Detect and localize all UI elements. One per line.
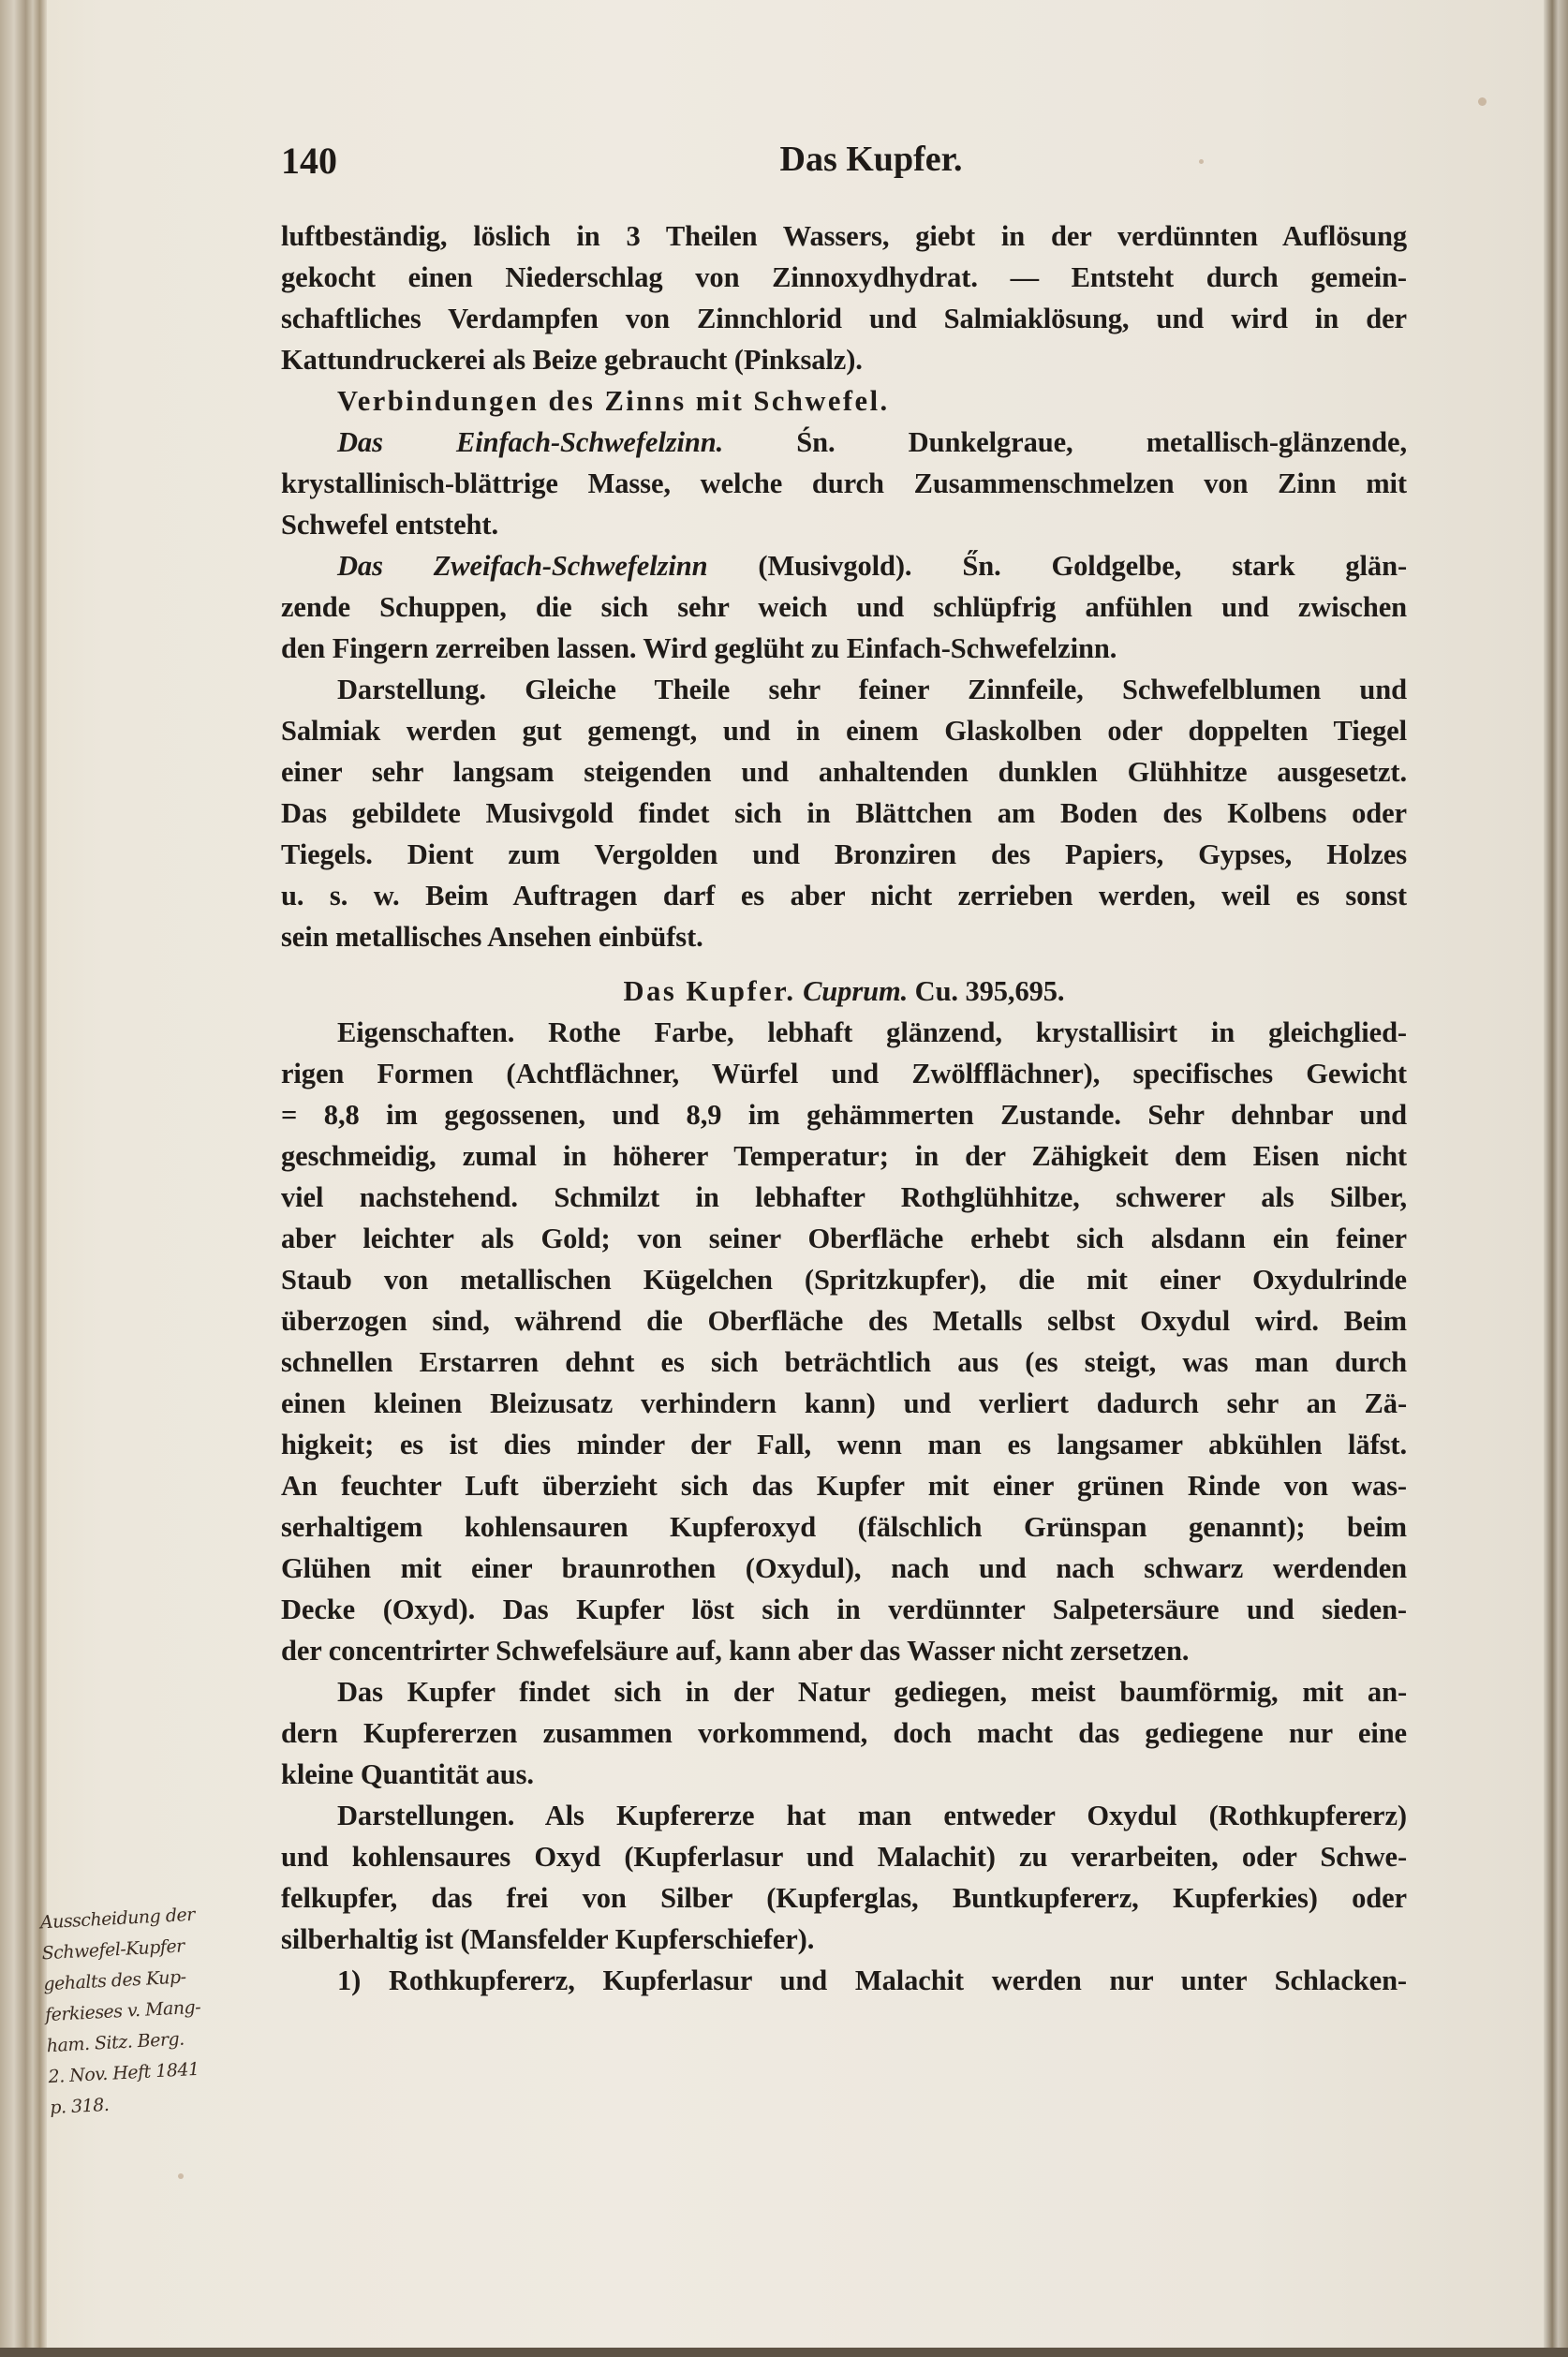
text-line: rigen Formen (Achtflächner, Würfel und Z…: [281, 1053, 1407, 1094]
text-line: sein metallisches Ansehen einbüfst.: [281, 916, 1407, 957]
text-line: Eigenschaften. Rothe Farbe, lebhaft glän…: [281, 1012, 1407, 1053]
section-heading-copper: Das Kupfer. Cuprum. Cu. 395,695.: [281, 971, 1407, 1012]
text-line: Das Kupfer findet sich in der Natur gedi…: [281, 1671, 1407, 1712]
text-line: den Fingern zerreiben lassen. Wird geglü…: [281, 628, 1407, 669]
body-text: luftbeständig, löslich in 3 Theilen Wass…: [281, 215, 1407, 2001]
text-line: serhaltigem kohlensauren Kupferoxyd (fäl…: [281, 1506, 1407, 1548]
text-line: Tiegels. Dient zum Vergolden und Bronzir…: [281, 834, 1407, 875]
text-line: schnellen Erstarren dehnt es sich beträc…: [281, 1342, 1407, 1383]
text-line: kleine Quantität aus.: [281, 1754, 1407, 1795]
foxing-spot: [178, 2173, 184, 2179]
text-line: 1) Rothkupfererz, Kupferlasur und Malach…: [281, 1960, 1407, 2001]
text-line: Kattundruckerei als Beize gebraucht (Pin…: [281, 339, 1407, 380]
text-line: zende Schuppen, die sich sehr weich und …: [281, 586, 1407, 628]
text-line: der concentrirter Schwefelsäure auf, kan…: [281, 1630, 1407, 1671]
text-line: = 8,8 im gegossenen, und 8,9 im gehämmer…: [281, 1094, 1407, 1135]
text-line: Decke (Oxyd). Das Kupfer löst sich in ve…: [281, 1589, 1407, 1630]
text-line: Glühen mit einer braunrothen (Oxydul), n…: [281, 1548, 1407, 1589]
text-line: Das Zweifach-Schwefelzinn (Musivgold). S…: [281, 545, 1407, 586]
term-italic: Das Einfach-Schwefelzinn.: [337, 426, 723, 458]
text-line: u. s. w. Beim Auftragen darf es aber nic…: [281, 875, 1407, 916]
text-line: An feuchter Luft überzieht sich das Kupf…: [281, 1465, 1407, 1506]
text-line: überzogen sind, während die Oberfläche d…: [281, 1300, 1407, 1342]
page-header: 140 Das Kupfer.: [281, 139, 1405, 195]
book-binding-right-edge: [1544, 0, 1568, 2357]
handwritten-marginal-note: Ausscheidung der Schwefel-Kupfer gehalts…: [39, 1896, 275, 2124]
running-title: Das Kupfer.: [281, 139, 1405, 180]
text-line: Salmiak werden gut gemengt, und in einem…: [281, 710, 1407, 751]
text-line: geschmeidig, zumal in höherer Temperatur…: [281, 1135, 1407, 1177]
text-line: felkupfer, das frei von Silber (Kupfergl…: [281, 1877, 1407, 1919]
text-line: einen kleinen Bleizusatz verhindern kann…: [281, 1383, 1407, 1424]
text-line: luftbeständig, löslich in 3 Theilen Wass…: [281, 215, 1407, 257]
text-line: higkeit; es ist dies minder der Fall, we…: [281, 1424, 1407, 1465]
text-line: Das Einfach-Schwefelzinn. Śn. Dunkelgrau…: [281, 422, 1407, 463]
text-line: gekocht einen Niederschlag von Zinnoxydh…: [281, 257, 1407, 298]
text-line: Das gebildete Musivgold findet sich in B…: [281, 793, 1407, 834]
text-line: und kohlensaures Oxyd (Kupferlasur und M…: [281, 1836, 1407, 1877]
section-heading-tin-sulfur: Verbindungen des Zinns mit Schwefel.: [281, 380, 1407, 422]
text-line: Staub von metallischen Kügelchen (Spritz…: [281, 1259, 1407, 1300]
foxing-spot: [1478, 97, 1487, 106]
text-line: Schwefel entsteht.: [281, 504, 1407, 545]
text-line: dern Kupfererzen zusammen vorkommend, do…: [281, 1712, 1407, 1754]
book-binding-left-edge: [0, 0, 47, 2357]
text-line: aber leichter als Gold; von seiner Oberf…: [281, 1218, 1407, 1259]
text-line: schaftliches Verdampfen von Zinnchlorid …: [281, 298, 1407, 339]
text-line: viel nachstehend. Schmilzt in lebhafter …: [281, 1177, 1407, 1218]
text-line: krystallinisch-blättrige Masse, welche d…: [281, 463, 1407, 504]
term-italic: Das Zweifach-Schwefelzinn: [337, 550, 708, 582]
page-bottom-edge: [0, 2348, 1568, 2357]
text-line: Darstellungen. Als Kupfererze hat man en…: [281, 1795, 1407, 1836]
text-line: Darstellung. Gleiche Theile sehr feiner …: [281, 669, 1407, 710]
text-line: einer sehr langsam steigenden und anhalt…: [281, 751, 1407, 793]
text-line: silberhaltig ist (Mansfelder Kupferschie…: [281, 1919, 1407, 1960]
